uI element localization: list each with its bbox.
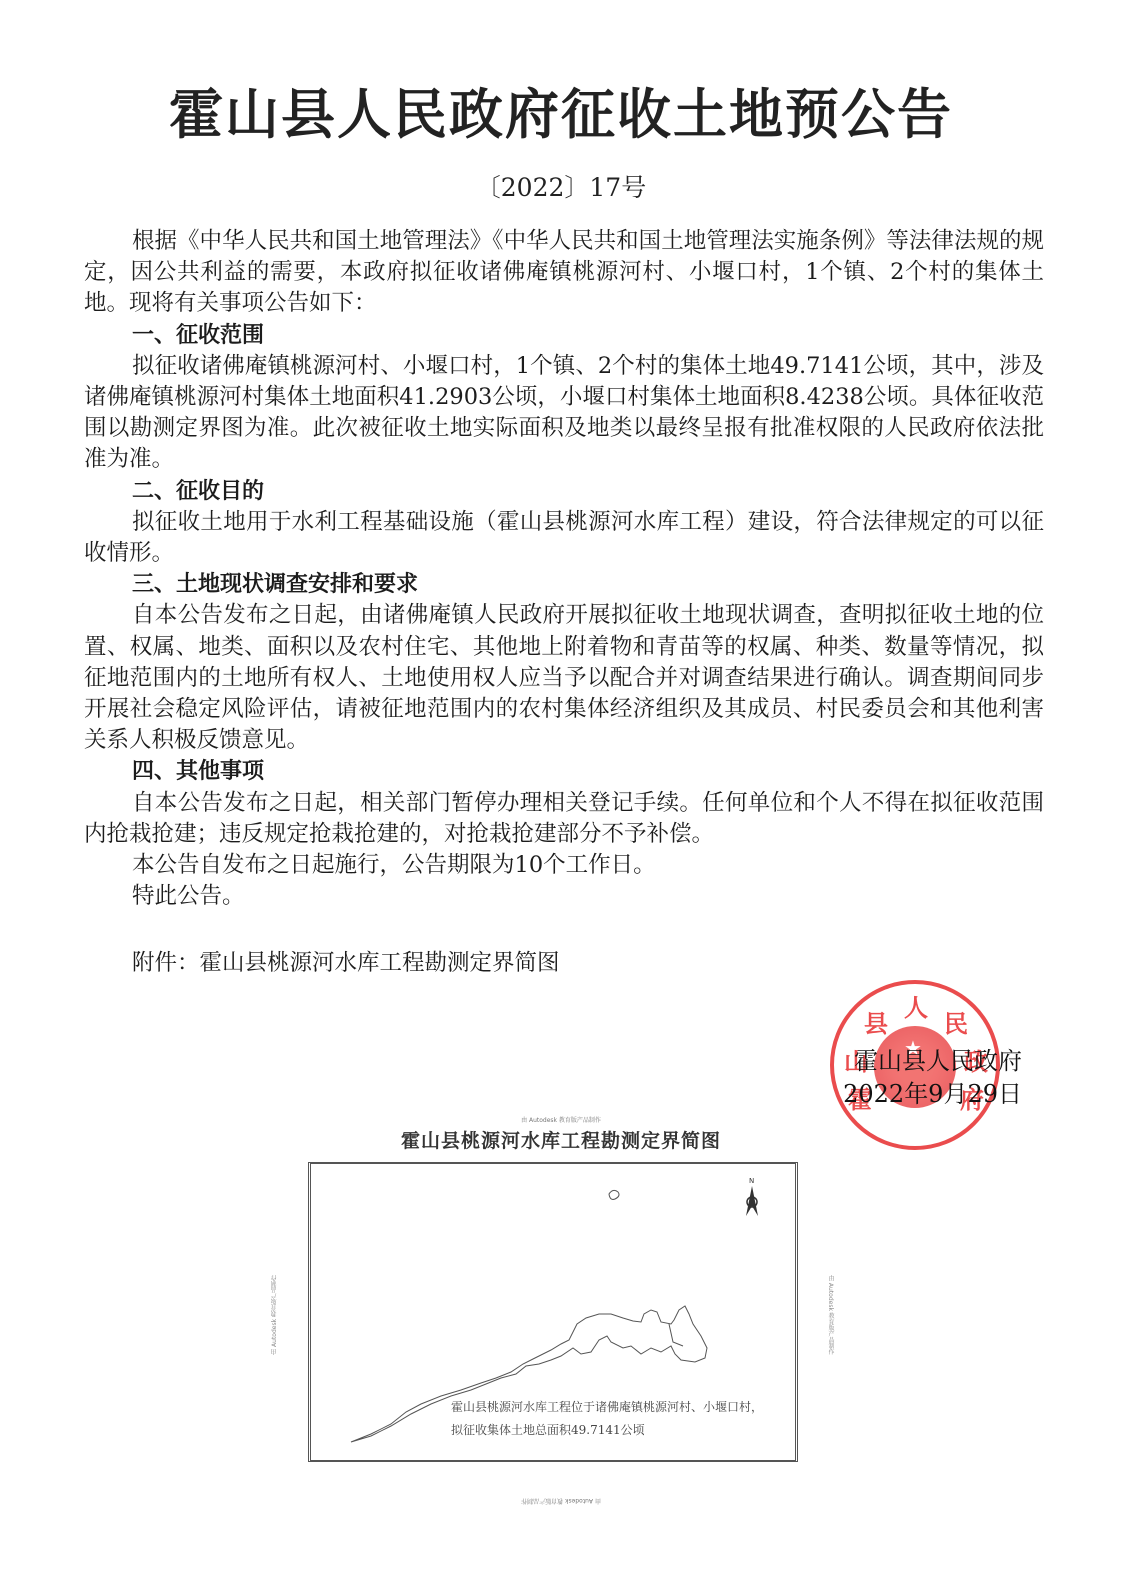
svg-text:N: N: [749, 1177, 754, 1185]
seal-char: 县: [864, 1004, 888, 1039]
notice-body: 根据《中华人民共和国土地管理法》《中华人民共和国土地管理法实施条例》等法律法规的…: [84, 226, 1044, 980]
closing-paragraph: 特此公告。: [84, 881, 1044, 912]
map-caption: 霍山县桃源河水库工程位于诸佛庵镇桃源河村、小堰口村， 拟征收集体土地总面积49.…: [451, 1396, 791, 1442]
section-paragraph: 拟征收诸佛庵镇桃源河村、小堰口村，1个镇、2个村的集体土地49.7141公顷，其…: [84, 351, 1044, 476]
side-watermark-left: 由 Autodesk 教育版产品制作: [270, 1275, 279, 1355]
issue-date: 2022年9月29日: [812, 1078, 1022, 1111]
section-heading-other: 四、其他事项: [84, 756, 1044, 787]
document-number: 〔2022〕17号: [0, 168, 1122, 204]
map-watermark-top: 由 Autodesk 教育版产品制作: [0, 1115, 1122, 1124]
section-paragraph: 自本公告发布之日起，相关部门暂停办理相关登记手续。任何单位和个人不得在拟征收范围…: [84, 788, 1044, 850]
map-caption-line: 霍山县桃源河水库工程位于诸佛庵镇桃源河村、小堰口村，: [451, 1396, 791, 1419]
signature-block: 霍山县人民政府 2022年9月29日: [812, 1045, 1022, 1111]
seal-char: 人: [904, 988, 928, 1023]
section-heading-survey: 三、土地现状调查安排和要求: [84, 569, 1044, 600]
seal-char: 民: [944, 1004, 968, 1039]
issuer-name: 霍山县人民政府: [812, 1045, 1022, 1078]
section-heading-scope: 一、征收范围: [84, 320, 1044, 351]
map-watermark-bottom: 由 Autodesk 教育版产品制作: [0, 1497, 1122, 1506]
survey-map: N 霍山县桃源河水库工程位于诸佛庵镇桃源河村、小堰口村， 拟征收集体土地总面积4…: [308, 1162, 798, 1462]
map-caption-line: 拟征收集体土地总面积49.7141公顷: [451, 1419, 791, 1442]
intro-paragraph: 根据《中华人民共和国土地管理法》《中华人民共和国土地管理法实施条例》等法律法规的…: [84, 226, 1044, 320]
section-paragraph: 自本公告发布之日起，由诸佛庵镇人民政府开展拟征收土地现状调查，查明拟征收土地的位…: [84, 600, 1044, 756]
attachment-note: 附件：霍山县桃源河水库工程勘测定界简图: [84, 948, 1044, 979]
north-arrow-icon: N: [743, 1176, 761, 1220]
map-title: 霍山县桃源河水库工程勘测定界简图: [0, 1126, 1122, 1153]
section-paragraph: 本公告自发布之日起施行，公告期限为10个工作日。: [84, 850, 1044, 881]
section-paragraph: 拟征收土地用于水利工程基础设施（霍山县桃源河水库工程）建设，符合法律规定的可以征…: [84, 507, 1044, 569]
page-title: 霍山县人民政府征收土地预公告: [0, 72, 1122, 149]
side-watermark-right: 由 Autodesk 教育版产品制作: [826, 1275, 835, 1355]
section-heading-purpose: 二、征收目的: [84, 476, 1044, 507]
